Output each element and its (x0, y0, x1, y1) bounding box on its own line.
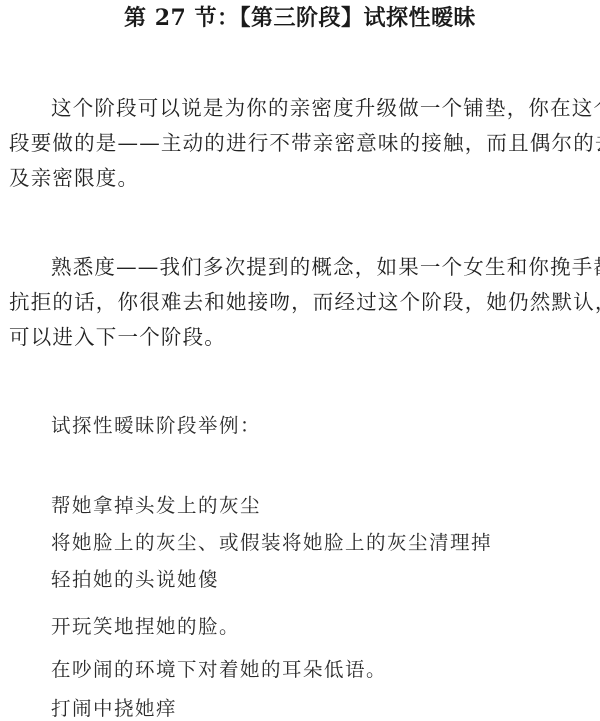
list-item: 帮她拿掉头发上的灰尘 (51, 489, 261, 523)
section-title: 第 27 节：【第三阶段】试探性暧昧 (0, 0, 600, 36)
list-item: 轻拍她的头说她傻 (51, 563, 219, 597)
list-item: 在吵闹的环境下对着她的耳朵低语。 (51, 653, 387, 687)
paragraph-line: 及亲密限度。 (9, 161, 139, 195)
examples-heading: 试探性暧昧阶段举例： (51, 409, 261, 443)
paragraph-line: 熟悉度——我们多次提到的概念，如果一个女生和你挽手都有 (51, 250, 600, 284)
list-item: 将她脸上的灰尘、或假装将她脸上的灰尘清理掉 (51, 526, 492, 560)
paragraph-line: 段要做的是——主动的进行不带亲密意味的接触，而且偶尔的去触 (9, 126, 600, 160)
paragraph-line: 可以进入下一个阶段。 (9, 320, 226, 354)
list-item: 打闹中挠她痒 (51, 692, 177, 721)
document-page: 第 27 节：【第三阶段】试探性暧昧 这个阶段可以说是为你的亲密度升级做一个铺垫… (0, 0, 600, 721)
paragraph-line: 抗拒的话，你很难去和她接吻，而经过这个阶段，她仍然默认，你 (9, 285, 600, 319)
list-item: 开玩笑地捏她的脸。 (51, 610, 240, 644)
paragraph-line: 这个阶段可以说是为你的亲密度升级做一个铺垫，你在这个阶 (51, 91, 600, 125)
